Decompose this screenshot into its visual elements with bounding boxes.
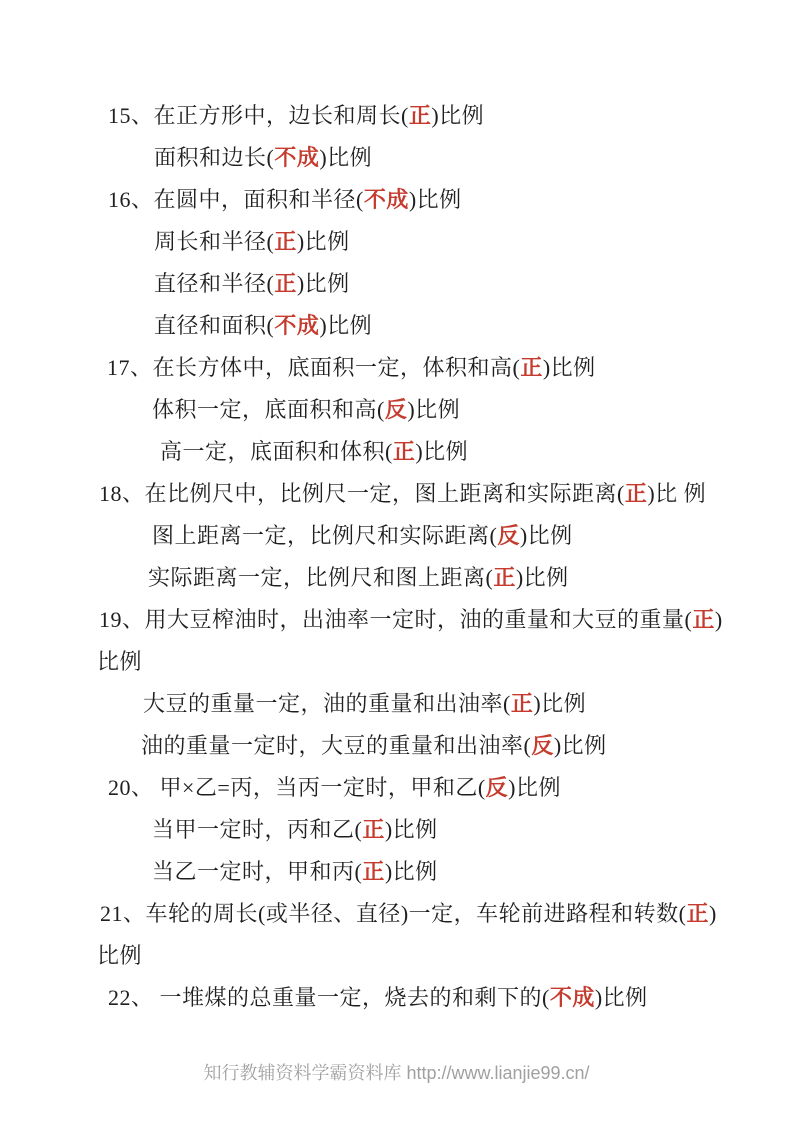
document-line: 比例 bbox=[0, 935, 793, 977]
document-line: 18、在比例尺中，比例尺一定，图上距离和实际距离(正)比 例 bbox=[0, 473, 793, 515]
document-line: 21、车轮的周长(或半径、直径)一定，车轮前进路程和转数(正) bbox=[0, 893, 793, 935]
document-line: 周长和半径(正)比例 bbox=[0, 221, 793, 263]
line-text: )比例 bbox=[533, 691, 586, 716]
line-text: 17、在长方体中，底面积一定，体积和高( bbox=[107, 355, 520, 380]
line-text: )比例 bbox=[520, 523, 573, 548]
answer-highlight: 反 bbox=[486, 775, 509, 800]
answer-highlight: 反 bbox=[497, 523, 520, 548]
line-text: 图上距离一定，比例尺和实际距离( bbox=[152, 523, 497, 548]
document-line: 当乙一定时，甲和丙(正)比例 bbox=[0, 851, 793, 893]
document-line: 直径和面积(不成)比例 bbox=[0, 305, 793, 347]
line-text: 16、在圆中，面积和半径( bbox=[108, 187, 364, 212]
document-line: 比例 bbox=[0, 641, 793, 683]
document-line: 体积一定，底面积和高(反)比例 bbox=[0, 389, 793, 431]
answer-highlight: 正 bbox=[625, 481, 648, 506]
document-page: 15、在正方形中，边长和周长(正)比例面积和边长(不成)比例16、在圆中，面积和… bbox=[0, 0, 793, 1122]
document-line: 直径和半径(正)比例 bbox=[0, 263, 793, 305]
document-line: 大豆的重量一定，油的重量和出油率(正)比例 bbox=[0, 683, 793, 725]
answer-highlight: 正 bbox=[409, 103, 432, 128]
answer-highlight: 正 bbox=[686, 901, 709, 926]
line-text: 高一定，底面积和体积( bbox=[160, 439, 393, 464]
line-text: )比例 bbox=[516, 565, 569, 590]
line-text: 15、在正方形中，边长和周长( bbox=[108, 103, 409, 128]
answer-highlight: 正 bbox=[493, 565, 516, 590]
line-text: ) bbox=[709, 901, 717, 926]
document-line: 17、在长方体中，底面积一定，体积和高(正)比例 bbox=[0, 347, 793, 389]
document-body: 15、在正方形中，边长和周长(正)比例面积和边长(不成)比例16、在圆中，面积和… bbox=[0, 95, 793, 1019]
line-text: )比例 bbox=[431, 103, 484, 128]
line-text: )比例 bbox=[385, 859, 438, 884]
answer-highlight: 不成 bbox=[364, 187, 409, 212]
line-text: )比例 bbox=[415, 439, 468, 464]
document-line: 当甲一定时，丙和乙(正)比例 bbox=[0, 809, 793, 851]
answer-highlight: 正 bbox=[393, 439, 416, 464]
line-text: 18、在比例尺中，比例尺一定，图上距离和实际距离( bbox=[99, 481, 625, 506]
line-text: 19、用大豆榨油时，出油率一定时，油的重量和大豆的重量( bbox=[99, 607, 692, 632]
document-line: 面积和边长(不成)比例 bbox=[0, 137, 793, 179]
document-line: 实际距离一定，比例尺和图上距离(正)比例 bbox=[0, 557, 793, 599]
line-text: )比例 bbox=[543, 355, 596, 380]
answer-highlight: 正 bbox=[520, 355, 543, 380]
line-text: 实际距离一定，比例尺和图上距离( bbox=[148, 565, 493, 590]
answer-highlight: 反 bbox=[531, 733, 554, 758]
line-text: 当甲一定时，丙和乙( bbox=[152, 817, 362, 842]
line-text: 直径和半径( bbox=[154, 271, 274, 296]
line-text: 体积一定，底面积和高( bbox=[152, 397, 385, 422]
document-line: 15、在正方形中，边长和周长(正)比例 bbox=[0, 95, 793, 137]
answer-highlight: 不成 bbox=[274, 313, 319, 338]
document-line: 图上距离一定，比例尺和实际距离(反)比例 bbox=[0, 515, 793, 557]
document-line: 20、 甲×乙=丙，当丙一定时，甲和乙(反)比例 bbox=[0, 767, 793, 809]
line-text: 直径和面积( bbox=[154, 313, 274, 338]
answer-highlight: 正 bbox=[692, 607, 715, 632]
answer-highlight: 反 bbox=[385, 397, 408, 422]
answer-highlight: 正 bbox=[274, 229, 297, 254]
line-text: )比例 bbox=[319, 313, 372, 338]
line-text: )比例 bbox=[595, 985, 648, 1010]
line-text: )比例 bbox=[297, 271, 350, 296]
document-line: 19、用大豆榨油时，出油率一定时，油的重量和大豆的重量(正) bbox=[0, 599, 793, 641]
line-text: 比例 bbox=[97, 943, 142, 968]
line-text: 大豆的重量一定，油的重量和出油率( bbox=[143, 691, 511, 716]
line-text: 面积和边长( bbox=[154, 145, 274, 170]
line-text: )比例 bbox=[297, 229, 350, 254]
line-text: )比例 bbox=[407, 397, 460, 422]
document-line: 高一定，底面积和体积(正)比例 bbox=[0, 431, 793, 473]
document-line: 16、在圆中，面积和半径(不成)比例 bbox=[0, 179, 793, 221]
footer-watermark: 知行教辅资料学霸资料库 http://www.lianjie99.cn/ bbox=[0, 1061, 793, 1085]
line-text: )比 例 bbox=[647, 481, 706, 506]
line-text: 22、 一堆煤的总重量一定，烧去的和剩下的( bbox=[108, 985, 550, 1010]
answer-highlight: 正 bbox=[362, 817, 385, 842]
answer-highlight: 正 bbox=[362, 859, 385, 884]
answer-highlight: 正 bbox=[511, 691, 534, 716]
line-text: 20、 甲×乙=丙，当丙一定时，甲和乙( bbox=[108, 775, 486, 800]
footer-text: 知行教辅资料学霸资料库 http://www.lianjie99.cn/ bbox=[203, 1063, 589, 1083]
answer-highlight: 不成 bbox=[274, 145, 319, 170]
line-text: )比例 bbox=[319, 145, 372, 170]
document-line: 油的重量一定时，大豆的重量和出油率(反)比例 bbox=[0, 725, 793, 767]
line-text: )比例 bbox=[409, 187, 462, 212]
document-line: 22、 一堆煤的总重量一定，烧去的和剩下的(不成)比例 bbox=[0, 977, 793, 1019]
line-text: )比例 bbox=[554, 733, 607, 758]
line-text: )比例 bbox=[508, 775, 561, 800]
line-text: 21、车轮的周长(或半径、直径)一定，车轮前进路程和转数( bbox=[100, 901, 686, 926]
line-text: )比例 bbox=[385, 817, 438, 842]
answer-highlight: 正 bbox=[274, 271, 297, 296]
line-text: 比例 bbox=[97, 649, 142, 674]
line-text: ) bbox=[715, 607, 723, 632]
line-text: 油的重量一定时，大豆的重量和出油率( bbox=[141, 733, 531, 758]
answer-highlight: 不成 bbox=[550, 985, 595, 1010]
line-text: 当乙一定时，甲和丙( bbox=[152, 859, 362, 884]
line-text: 周长和半径( bbox=[154, 229, 274, 254]
